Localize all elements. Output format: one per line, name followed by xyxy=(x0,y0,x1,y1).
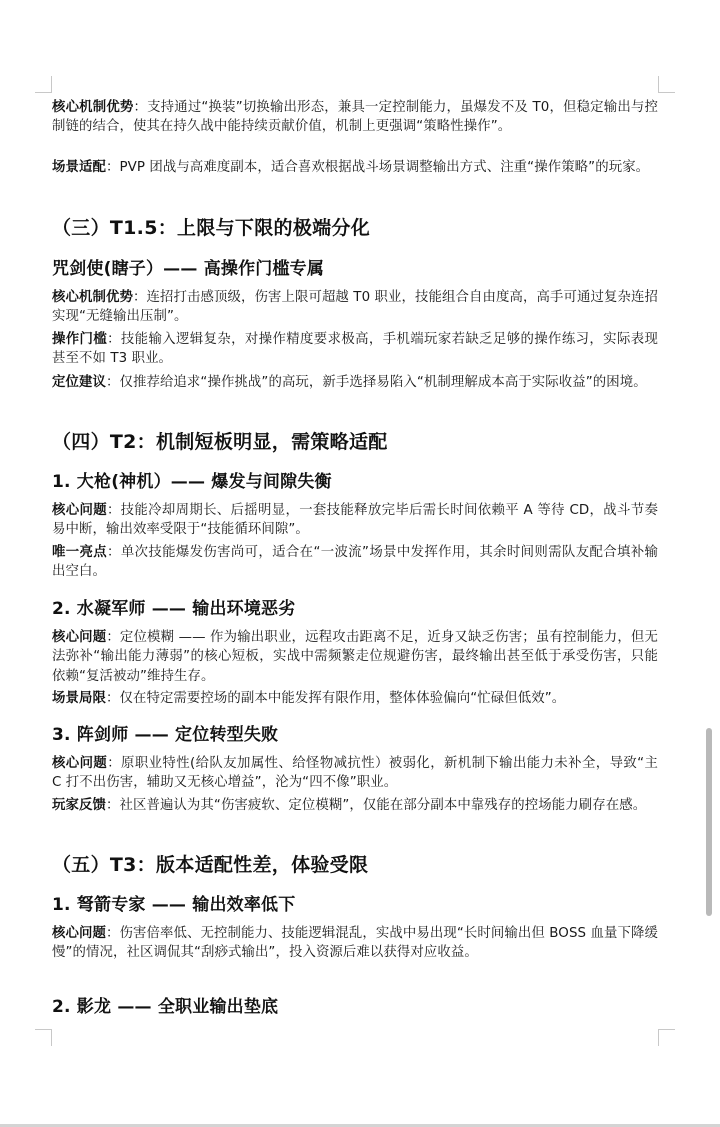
paragraph-label: 操作门槛 xyxy=(52,332,107,347)
paragraph-label: 唯一亮点 xyxy=(52,545,107,560)
paragraph-core-advantage-2: 核心机制优势：连招打击感顶级，伤害上限可超越 T0 职业，技能组合自由度高，高手… xyxy=(52,288,658,327)
subsection-heading: 1. 弩箭专家 —— 输出效率低下 xyxy=(52,894,658,916)
label-separator: ： xyxy=(106,160,120,175)
subsection-heading-water-strategist: 2. 水凝军师 —— 输出环境恶劣 xyxy=(52,598,658,620)
subsection-heading: 3. 阵剑师 —— 定位转型失败 xyxy=(52,724,658,746)
subsection-heading-curse-sword: 咒剑使(瞎子）—— 高操作门槛专属 xyxy=(52,258,658,280)
paragraph-label: 核心问题 xyxy=(52,926,106,941)
label-separator: ： xyxy=(106,798,120,813)
paragraph-core-problem-formation: 核心问题：原职业特性(给队友加属性、给怪物减抗性）被弱化，新机制下输出能力未补全… xyxy=(52,754,658,793)
paragraph: 场景局限：仅在特定需要控场的副本中能发挥有限作用，整体体验偏向“忙碌但低效”。 xyxy=(52,689,658,708)
subsection-heading-shadow-dragon: 2. 影龙 —— 全职业输出垫底 xyxy=(52,996,658,1018)
label-separator: ： xyxy=(107,756,121,771)
subsection-heading: 2. 影龙 —— 全职业输出垫底 xyxy=(52,996,658,1018)
section-heading: （五）T3：版本适配性差，体验受限 xyxy=(52,853,658,877)
paragraph-text: PVP 团战与高难度副本，适合喜欢根据战斗场景调整输出方式、注重“操作策略”的玩… xyxy=(119,160,649,175)
paragraph-only-highlight: 唯一亮点：单次技能爆发伤害尚可，适合在“一波流”场景中发挥作用，其余时间则需队友… xyxy=(52,543,658,582)
section-heading-t3: （五）T3：版本适配性差，体验受限 xyxy=(52,853,658,877)
paragraph: 唯一亮点：单次技能爆发伤害尚可，适合在“一波流”场景中发挥作用，其余时间则需队友… xyxy=(52,543,658,582)
subsection-heading-big-gun: 1. 大枪(神机）—— 爆发与间隙失衡 xyxy=(52,471,658,493)
paragraph-text: 技能冷却周期长、后摇明显，一套技能释放完毕后需长时间依赖平 A 等待 CD，战斗… xyxy=(52,503,658,537)
paragraph-label: 核心机制优势 xyxy=(52,290,133,305)
paragraph-player-feedback: 玩家反馈：社区普遍认为其“伤害疲软、定位模糊”，仅能在部分副本中靠残存的控场能力… xyxy=(52,796,658,815)
vertical-scrollbar-thumb[interactable] xyxy=(706,728,712,916)
paragraph: 核心问题：定位模糊 —— 作为输出职业，远程攻击距离不足，近身又缺乏伤害；虽有控… xyxy=(52,628,658,686)
page-corner-mark-top-left xyxy=(35,76,52,93)
label-separator: ： xyxy=(106,926,120,941)
label-separator: ： xyxy=(133,100,147,115)
section-heading: （三）T1.5：上限与下限的极端分化 xyxy=(52,216,658,240)
paragraph: 核心问题：伤害倍率低、无控制能力、技能逻辑混乱，实战中易出现“长时间输出但 BO… xyxy=(52,924,658,963)
label-separator: ： xyxy=(133,290,147,305)
document-page: 核心机制优势：支持通过“换装”切换输出形态，兼具一定控制能力，虽爆发不及 T0，… xyxy=(0,0,720,1124)
paragraph-core-problem-crossbow: 核心问题：伤害倍率低、无控制能力、技能逻辑混乱，实战中易出现“长时间输出但 BO… xyxy=(52,924,658,963)
paragraph-core-advantage: 核心机制优势：支持通过“换装”切换输出形态，兼具一定控制能力，虽爆发不及 T0，… xyxy=(52,98,658,137)
subsection-heading-formation-sword: 3. 阵剑师 —— 定位转型失败 xyxy=(52,724,658,746)
paragraph-text: 技能输入逻辑复杂，对操作精度要求极高，手机端玩家若缺乏足够的操作练习，实际表现甚… xyxy=(52,332,658,366)
section-heading-t2: （四）T2：机制短板明显，需策略适配 xyxy=(52,430,658,454)
paragraph-text: 仅在特定需要控场的副本中能发挥有限作用，整体体验偏向“忙碌但低效”。 xyxy=(119,691,565,706)
paragraph-scene-limit: 场景局限：仅在特定需要控场的副本中能发挥有限作用，整体体验偏向“忙碌但低效”。 xyxy=(52,689,658,708)
label-separator: ： xyxy=(106,691,120,706)
paragraph: 核心机制优势：连招打击感顶级，伤害上限可超越 T0 职业，技能组合自由度高，高手… xyxy=(52,288,658,327)
paragraph-label: 核心问题 xyxy=(52,756,107,771)
paragraph-positioning-advice: 定位建议：仅推荐给追求“操作挑战”的高玩，新手选择易陷入“机制理解成本高于实际收… xyxy=(52,373,658,392)
page-corner-mark-bottom-right xyxy=(658,1029,675,1046)
paragraph: 玩家反馈：社区普遍认为其“伤害疲软、定位模糊”，仅能在部分副本中靠残存的控场能力… xyxy=(52,796,658,815)
page-corner-mark-bottom-left xyxy=(35,1029,52,1046)
paragraph: 核心问题：原职业特性(给队友加属性、给怪物减抗性）被弱化，新机制下输出能力未补全… xyxy=(52,754,658,793)
label-separator: ： xyxy=(106,375,120,390)
label-separator: ： xyxy=(107,332,121,347)
paragraph-label: 玩家反馈 xyxy=(52,798,106,813)
label-separator: ： xyxy=(106,630,120,645)
subsection-heading: 1. 大枪(神机）—— 爆发与间隙失衡 xyxy=(52,471,658,493)
paragraph-scene-fit: 场景适配：PVP 团战与高难度副本，适合喜欢根据战斗场景调整输出方式、注重“操作… xyxy=(52,158,658,177)
page-corner-mark-top-right xyxy=(658,76,675,93)
paragraph-label: 场景局限 xyxy=(52,691,106,706)
paragraph-text: 定位模糊 —— 作为输出职业，远程攻击距离不足，近身又缺乏伤害；虽有控制能力，但… xyxy=(52,630,658,684)
paragraph-operation-threshold: 操作门槛：技能输入逻辑复杂，对操作精度要求极高，手机端玩家若缺乏足够的操作练习，… xyxy=(52,330,658,369)
section-heading-t1-5: （三）T1.5：上限与下限的极端分化 xyxy=(52,216,658,240)
paragraph-label: 场景适配 xyxy=(52,160,106,175)
section-heading: （四）T2：机制短板明显，需策略适配 xyxy=(52,430,658,454)
paragraph-text: 原职业特性(给队友加属性、给怪物减抗性）被弱化，新机制下输出能力未补全，导致“主… xyxy=(52,756,658,790)
paragraph: 操作门槛：技能输入逻辑复杂，对操作精度要求极高，手机端玩家若缺乏足够的操作练习，… xyxy=(52,330,658,369)
paragraph-label: 核心问题 xyxy=(52,630,106,645)
label-separator: ： xyxy=(107,503,121,518)
paragraph-label: 核心机制优势 xyxy=(52,100,133,115)
paragraph-text: 伤害倍率低、无控制能力、技能逻辑混乱，实战中易出现“长时间输出但 BOSS 血量… xyxy=(52,926,658,960)
paragraph-label: 核心问题 xyxy=(52,503,107,518)
paragraph: 核心问题：技能冷却周期长、后摇明显，一套技能释放完毕后需长时间依赖平 A 等待 … xyxy=(52,501,658,540)
paragraph: 定位建议：仅推荐给追求“操作挑战”的高玩，新手选择易陷入“机制理解成本高于实际收… xyxy=(52,373,658,392)
paragraph-core-problem-big-gun: 核心问题：技能冷却周期长、后摇明显，一套技能释放完毕后需长时间依赖平 A 等待 … xyxy=(52,501,658,540)
paragraph: 核心机制优势：支持通过“换装”切换输出形态，兼具一定控制能力，虽爆发不及 T0，… xyxy=(52,98,658,137)
subsection-heading: 咒剑使(瞎子）—— 高操作门槛专属 xyxy=(52,258,658,280)
paragraph: 场景适配：PVP 团战与高难度副本，适合喜欢根据战斗场景调整输出方式、注重“操作… xyxy=(52,158,658,177)
paragraph-text: 仅推荐给追求“操作挑战”的高玩，新手选择易陷入“机制理解成本高于实际收益”的困境… xyxy=(119,375,646,390)
paragraph-core-problem-water: 核心问题：定位模糊 —— 作为输出职业，远程攻击距离不足，近身又缺乏伤害；虽有控… xyxy=(52,628,658,686)
paragraph-label: 定位建议 xyxy=(52,375,106,390)
paragraph-text: 社区普遍认为其“伤害疲软、定位模糊”，仅能在部分副本中靠残存的控场能力刷存在感。 xyxy=(119,798,646,813)
subsection-heading-crossbow: 1. 弩箭专家 —— 输出效率低下 xyxy=(52,894,658,916)
paragraph-text: 单次技能爆发伤害尚可，适合在“一波流”场景中发挥作用，其余时间则需队友配合填补输… xyxy=(52,545,658,579)
label-separator: ： xyxy=(107,545,121,560)
subsection-heading: 2. 水凝军师 —— 输出环境恶劣 xyxy=(52,598,658,620)
